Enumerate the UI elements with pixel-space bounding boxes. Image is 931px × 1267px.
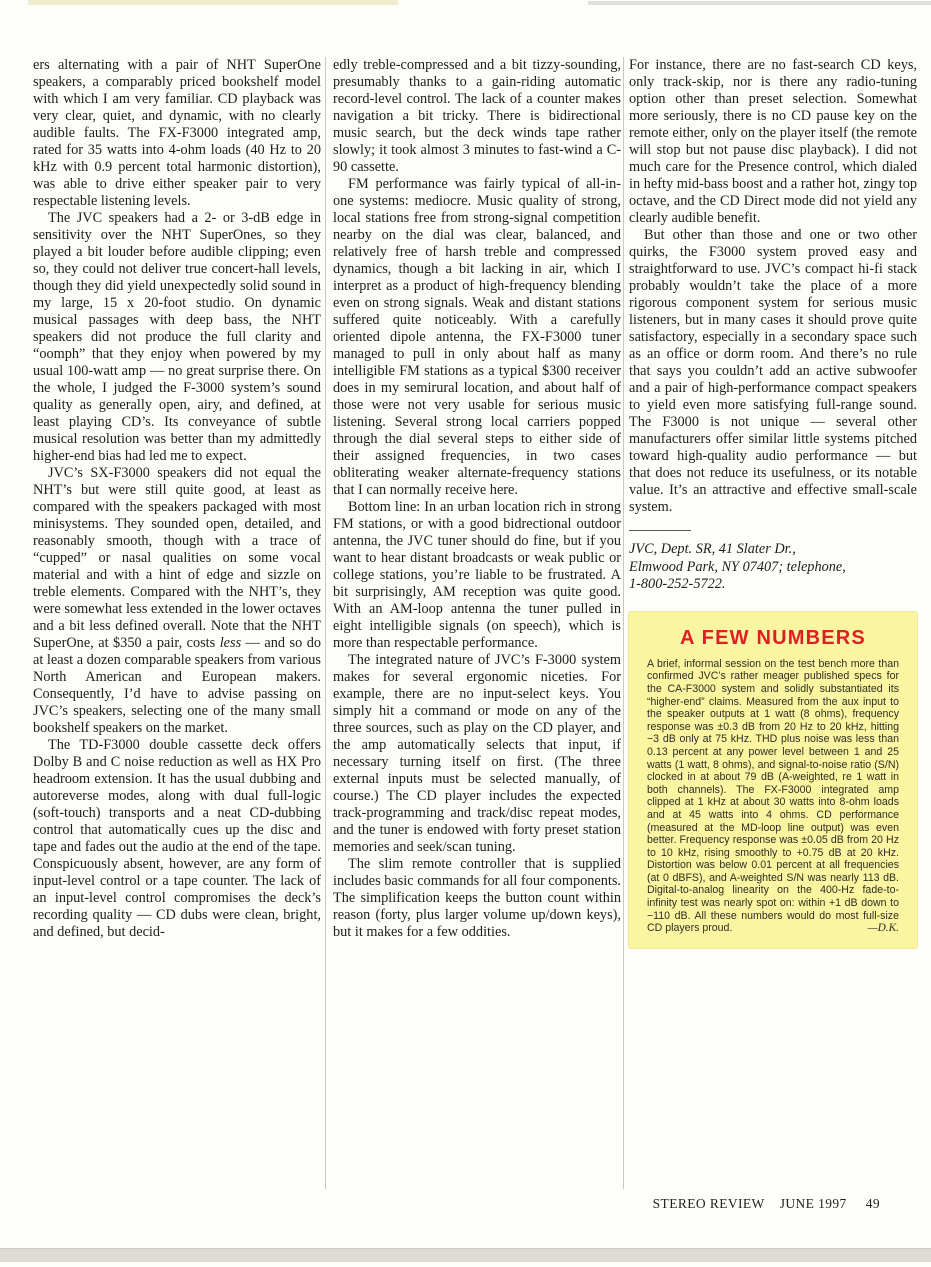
paragraph-segment: But other than those and one or two othe… [629,227,917,515]
paragraph-segment: The slim remote controller that is suppl… [333,856,621,940]
article-column-3: For instance, there are no fast-search C… [629,57,917,948]
scan-artifact-top-right [588,1,931,5]
sidebar-body: A brief, informal session on the test be… [647,658,899,935]
page-number: 49 [866,1196,880,1211]
scan-artifact-top-left [28,0,398,5]
article-paragraph: edly treble-compressed and a bit tizzy-s… [333,57,621,176]
issue-date: JUNE 1997 [780,1196,847,1211]
manufacturer-address: JVC, Dept. SR, 41 Slater Dr., Elmwood Pa… [629,530,917,594]
article-paragraph: JVC’s SX-F3000 speakers did not equal th… [33,465,321,737]
article-paragraph: But other than those and one or two othe… [629,227,917,516]
paragraph-segment: Bottom line: In an urban location rich i… [333,499,621,651]
article-paragraph: The integrated nature of JVC’s F-3000 sy… [333,652,621,856]
article-paragraph: For instance, there are no fast-search C… [629,57,917,227]
magazine-name: STEREO REVIEW [653,1196,765,1211]
sidebar-title: A FEW NUMBERS [647,630,899,647]
author-initials: —D.K. [860,922,899,935]
paragraph-segment: less [220,635,241,651]
column-divider-1 [325,57,326,1189]
paragraph-segment: edly treble-compressed and a bit tizzy-s… [333,57,621,175]
article-paragraph: The slim remote controller that is suppl… [333,856,621,941]
address-line: 1-800-252-5722. [629,576,917,594]
article-column-3-text: For instance, there are no fast-search C… [629,57,917,516]
paragraph-segment: JVC’s SX-F3000 speakers did not equal th… [33,465,321,651]
address-line: Elmwood Park, NY 07407; telephone, [629,559,917,577]
paragraph-segment: FM performance was fairly typical of all… [333,176,621,498]
paragraph-segment: ers alternating with a pair of NHT Super… [33,57,321,209]
article-column-1: ers alternating with a pair of NHT Super… [33,57,321,941]
address-divider [629,530,691,531]
paragraph-segment: The JVC speakers had a 2- or 3-dB edge i… [33,210,321,464]
article-paragraph: The JVC speakers had a 2- or 3-dB edge i… [33,210,321,465]
article-column-2: edly treble-compressed and a bit tizzy-s… [333,57,621,941]
scan-artifact-bottom [0,1248,931,1262]
article-paragraph: Bottom line: In an urban location rich i… [333,499,621,652]
column-divider-2 [623,57,624,1189]
paragraph-segment: For instance, there are no fast-search C… [629,57,917,226]
sidebar-body-text: A brief, informal session on the test be… [647,658,899,934]
page-footer: STEREO REVIEWJUNE 199749 [653,1196,880,1212]
article-paragraph: ers alternating with a pair of NHT Super… [33,57,321,210]
address-line: JVC, Dept. SR, 41 Slater Dr., [629,541,917,559]
article-paragraph: The TD-F3000 double cassette deck offers… [33,737,321,941]
paragraph-segment: The integrated nature of JVC’s F-3000 sy… [333,652,621,855]
magazine-page: ers alternating with a pair of NHT Super… [0,0,931,1267]
paragraph-segment: The TD-F3000 double cassette deck offers… [33,737,321,940]
article-paragraph: FM performance was fairly typical of all… [333,176,621,499]
a-few-numbers-sidebar: A FEW NUMBERS A brief, informal session … [629,612,917,948]
